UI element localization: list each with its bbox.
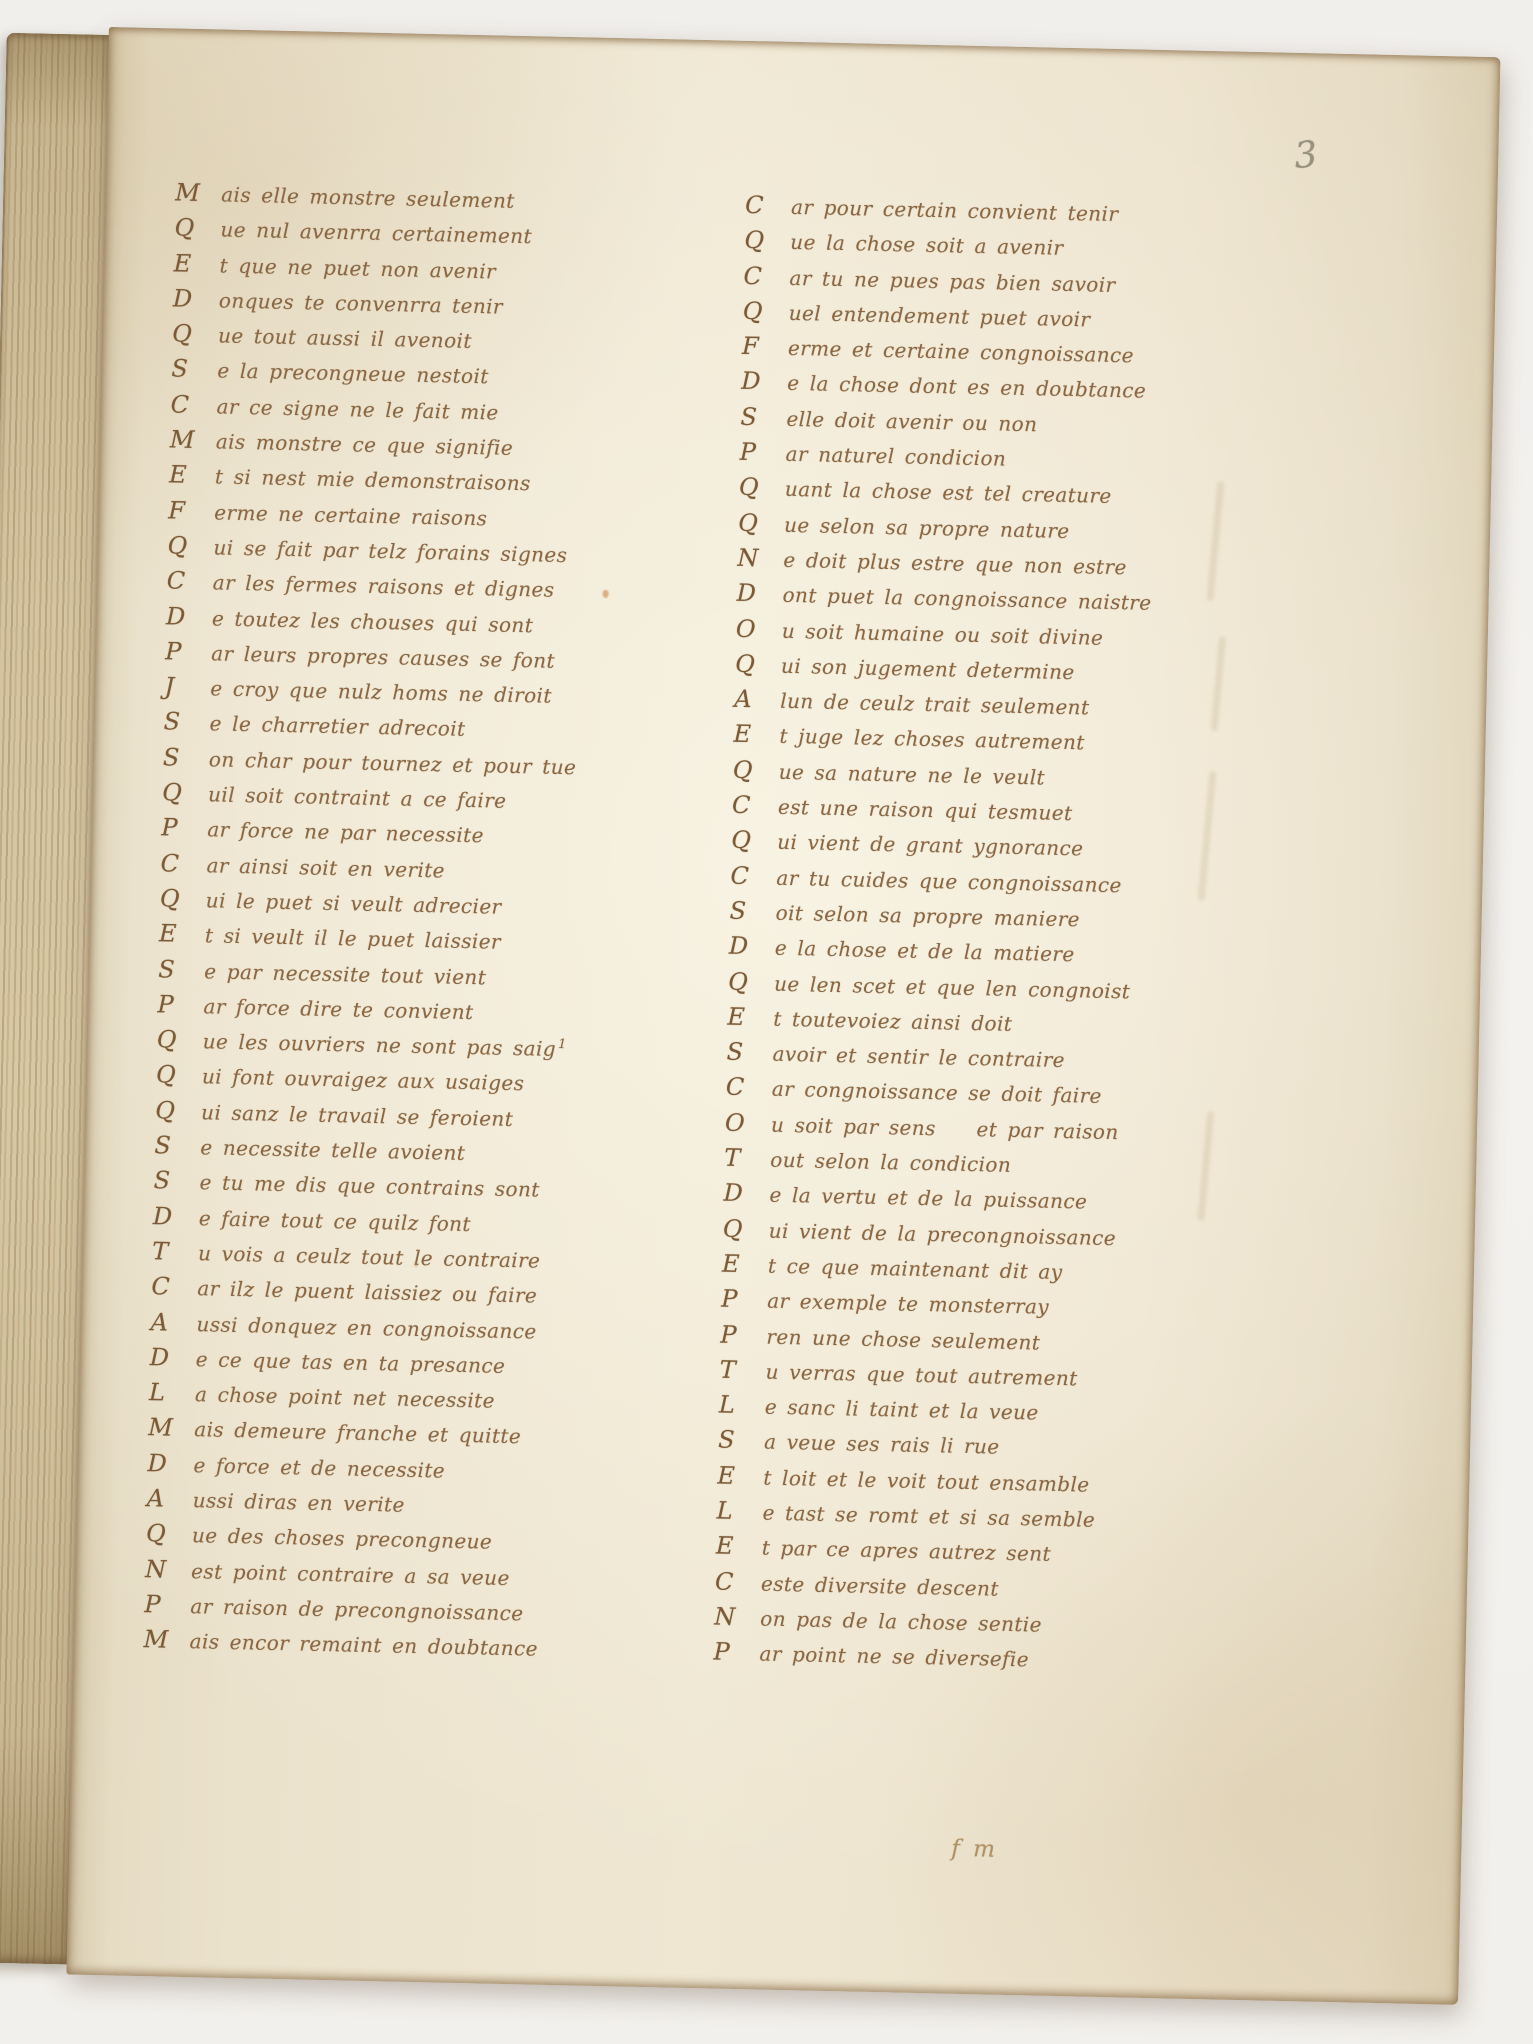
line-initial: Q xyxy=(735,650,766,679)
line-text: u verras que tout autrement xyxy=(765,1359,1077,1390)
line-text: e doit plus estre que non estre xyxy=(783,548,1127,579)
line-initial: P xyxy=(720,1320,751,1349)
line-initial: C xyxy=(715,1567,746,1596)
line-text: ar raison de precongnoissance xyxy=(190,1594,524,1625)
line-initial: Q xyxy=(733,755,764,784)
line-initial: Q xyxy=(156,1061,187,1090)
line-initial: C xyxy=(745,191,776,220)
book: 3 Mais elle monstre seulementQue nul ave… xyxy=(0,25,1503,2009)
line-initial: M xyxy=(170,425,201,454)
line-text: ui vient de la precongnoissance xyxy=(769,1218,1117,1250)
line-text: est point contraire a sa veue xyxy=(191,1559,510,1590)
line-text: ui le puet si veult adrecier xyxy=(206,888,502,918)
line-initial: D xyxy=(153,1202,184,1231)
line-text: ren une chose seulement xyxy=(766,1324,1040,1354)
line-initial: M xyxy=(148,1414,179,1443)
line-text: t loit et le voit tout ensamble xyxy=(763,1465,1090,1496)
line-initial: D xyxy=(729,932,760,961)
line-initial: Q xyxy=(174,214,205,243)
line-initial: Q xyxy=(156,1025,187,1054)
line-text: ui son jugement determine xyxy=(781,654,1075,684)
line-initial: S xyxy=(740,403,771,432)
line-text: t toutevoiez ainsi doit xyxy=(773,1006,1012,1035)
line-text: u soit par sens et par raison xyxy=(771,1112,1119,1144)
line-text: ont puet la congnoissance naistre xyxy=(782,583,1151,615)
line-initial: L xyxy=(716,1497,747,1526)
line-text: u vois a ceulz tout le contraire xyxy=(198,1241,541,1272)
line-text: ue len scet et que len congnoist xyxy=(774,971,1131,1003)
line-initial: Q xyxy=(160,884,191,913)
line-text: ue tout aussi il avenoit xyxy=(218,324,472,354)
line-text: ue la chose soit a avenir xyxy=(790,230,1064,260)
line-initial: A xyxy=(734,685,765,714)
line-initial: S xyxy=(163,743,194,772)
line-initial: D xyxy=(147,1449,178,1478)
line-text: t ce que maintenant dit ay xyxy=(768,1254,1063,1284)
line-initial: C xyxy=(732,791,763,820)
line-initial: O xyxy=(736,614,767,643)
line-initial: M xyxy=(175,178,206,207)
line-initial: P xyxy=(739,438,770,467)
line-initial: P xyxy=(165,637,196,666)
line-text: ue nul avenrra certainement xyxy=(220,218,532,249)
line-text: out selon la condicion xyxy=(770,1148,1011,1177)
line-text: uil soit contraint a ce faire xyxy=(208,782,507,813)
line-text: e croy que nulz homs ne diroit xyxy=(210,676,552,707)
line-initial: Q xyxy=(722,1214,753,1243)
line-initial: P xyxy=(721,1285,752,1314)
line-initial: P xyxy=(713,1638,744,1667)
line-text: ui font ouvraigez aux usaiges xyxy=(202,1065,525,1096)
line-initial: Q xyxy=(146,1519,177,1548)
correction-mark: 1 xyxy=(558,1037,567,1052)
line-initial: C xyxy=(170,390,201,419)
photo-backdrop: 3 Mais elle monstre seulementQue nul ave… xyxy=(0,0,1533,2044)
line-text: e necessite telle avoient xyxy=(200,1135,465,1165)
line-text: u soit humaine ou soit divine xyxy=(782,618,1104,649)
line-text: ui se fait par telz forains signes xyxy=(213,535,567,567)
line-initial: T xyxy=(719,1355,750,1384)
line-initial: E xyxy=(733,720,764,749)
line-initial: C xyxy=(151,1272,182,1301)
line-text: onques te convenrra tenir xyxy=(219,288,504,318)
line-initial: P xyxy=(161,814,192,843)
line-initial: E xyxy=(727,1002,758,1031)
line-initial: F xyxy=(168,496,199,525)
line-initial: D xyxy=(741,367,772,396)
line-text: est une raison qui tesmuet xyxy=(778,795,1073,825)
line-initial: L xyxy=(719,1391,750,1420)
line-text: elle doit avenir ou non xyxy=(786,407,1037,436)
line-text: este diversite descent xyxy=(761,1571,999,1600)
line-text: t que ne puet non avenir xyxy=(219,253,496,283)
line-initial: D xyxy=(723,1179,754,1208)
line-initial: S xyxy=(153,1166,184,1195)
line-text: ui vient de grant ygnorance xyxy=(777,830,1084,861)
line-text: ar ainsi soit en verite xyxy=(206,853,445,882)
line-text: e la chose et de la matiere xyxy=(775,936,1075,967)
line-text: avoir et sentir le contraire xyxy=(772,1042,1065,1072)
line-text: ar ilz le puent laissiez ou faire xyxy=(197,1276,537,1307)
line-initial: T xyxy=(152,1237,183,1266)
line-initial: C xyxy=(730,861,761,890)
line-initial: Q xyxy=(167,531,198,560)
line-initial: Q xyxy=(739,473,770,502)
line-text: e par necessite tout vient xyxy=(204,959,486,989)
folio-number: 3 xyxy=(1293,134,1319,177)
line-initial: S xyxy=(158,955,189,984)
line-text: ar tu cuides que congnoissance xyxy=(776,865,1122,897)
line-text: e faire tout ce quilz font xyxy=(199,1206,472,1236)
line-text: e ce que tas en ta presance xyxy=(196,1347,506,1378)
line-text: ais elle monstre seulement xyxy=(221,182,515,212)
line-initial: Q xyxy=(743,297,774,326)
line-text: t si veult il le puet laissier xyxy=(205,923,501,953)
line-initial: F xyxy=(742,332,773,361)
line-initial: J xyxy=(164,672,195,701)
line-initial: C xyxy=(166,567,197,596)
line-text: on char pour tournez et pour tue xyxy=(209,747,577,779)
line-initial: Q xyxy=(738,508,769,537)
line-initial: E xyxy=(716,1532,747,1561)
line-text: ar exemple te monsterray xyxy=(767,1289,1049,1319)
line-text: ar naturel condicion xyxy=(785,442,1006,471)
line-initial: Q xyxy=(155,1096,186,1125)
line-text: on pas de la chose sentie xyxy=(760,1606,1042,1636)
line-initial: A xyxy=(146,1484,177,1513)
line-initial: S xyxy=(154,1131,185,1160)
line-text: e tu me dis que contrains sont xyxy=(199,1170,540,1201)
line-initial: Q xyxy=(162,778,193,807)
line-initial: M xyxy=(143,1625,174,1654)
line-text: ar force ne par necessite xyxy=(207,818,484,848)
line-initial: S xyxy=(163,708,194,737)
line-text: a chose point net necessite xyxy=(195,1382,495,1413)
line-text: t juge lez choses autrement xyxy=(779,724,1085,755)
line-initial: E xyxy=(169,461,200,490)
line-text: ais demeure franche et quitte xyxy=(194,1418,521,1449)
line-initial: S xyxy=(726,1038,757,1067)
line-text: ue des choses precongneue xyxy=(192,1523,493,1554)
line-text: erme ne certaine raisons xyxy=(214,500,488,530)
line-text: e tast se romt et si sa semble xyxy=(762,1501,1095,1532)
line-initial: O xyxy=(725,1108,756,1137)
line-initial: S xyxy=(729,897,760,926)
line-text: lun de ceulz trait seulement xyxy=(780,689,1090,720)
line-initial: Q xyxy=(744,226,775,255)
line-text: ue sa nature ne le veult xyxy=(779,759,1046,789)
line-text: uant la chose est tel creature xyxy=(785,477,1112,508)
line-initial: Q xyxy=(731,826,762,855)
line-text: ais monstre ce que signifie xyxy=(216,429,514,459)
line-text: e force et de necessite xyxy=(193,1453,445,1482)
line-initial: S xyxy=(171,355,202,384)
line-initial: D xyxy=(736,579,767,608)
line-text: ar pour certain convient tenir xyxy=(791,195,1119,226)
line-initial: Q xyxy=(728,967,759,996)
line-text: ar force dire te convient xyxy=(203,994,473,1024)
line-initial: E xyxy=(173,249,204,278)
line-text: e toutez les chouses qui sont xyxy=(212,606,534,637)
line-initial: C xyxy=(726,1073,757,1102)
line-initial: C xyxy=(160,849,191,878)
line-initial: A xyxy=(150,1308,181,1337)
left-text-column: Mais elle monstre seulementQue nul avenr… xyxy=(143,178,735,1672)
line-initial: D xyxy=(173,284,204,313)
line-text: ar point ne se diversefie xyxy=(759,1642,1029,1672)
line-text: ar tu ne pues pas bien savoir xyxy=(789,265,1115,296)
line-text: erme et certaine congnoissance xyxy=(788,336,1134,368)
line-initial: P xyxy=(144,1590,175,1619)
line-text: ar leurs propres causes se font xyxy=(211,641,555,672)
line-initial: D xyxy=(166,602,197,631)
line-text: ar ce signe ne le fait mie xyxy=(216,394,499,424)
right-text-column: Car pour certain convient tenirQue la ch… xyxy=(713,191,1305,1685)
line-text: ue selon sa propre nature xyxy=(784,512,1070,542)
line-initial: D xyxy=(150,1343,181,1372)
line-initial: S xyxy=(718,1426,749,1455)
line-initial: N xyxy=(714,1602,745,1631)
line-text: e la vertu et de la puissance xyxy=(769,1183,1087,1214)
line-initial: E xyxy=(159,919,190,948)
line-text: ar congnoissance se doit faire xyxy=(772,1077,1102,1108)
line-initial: C xyxy=(743,261,774,290)
manuscript-page: 3 Mais elle monstre seulementQue nul ave… xyxy=(66,27,1500,2005)
line-text: uel entendement puet avoir xyxy=(789,301,1091,332)
line-initial: T xyxy=(724,1144,755,1173)
line-initial: N xyxy=(145,1555,176,1584)
quire-signature: f m xyxy=(951,1836,998,1863)
line-text: ussi diras en verite xyxy=(192,1488,404,1517)
line-text: e le charretier adrecoit xyxy=(209,712,465,742)
line-initial: N xyxy=(737,544,768,573)
line-text: e sanc li taint et la veue xyxy=(765,1395,1039,1425)
line-text: a veue ses rais li rue xyxy=(764,1430,1000,1459)
line-text: ui sanz le travail se feroient xyxy=(201,1100,513,1131)
line-text: t si nest mie demonstraisons xyxy=(215,465,531,496)
line-text: e la precongneue nestoit xyxy=(217,359,489,389)
line-text: t par ce apres autrez sent xyxy=(762,1536,1052,1566)
line-text: ue les ouvriers ne sont pas saig xyxy=(202,1029,556,1061)
line-text: ais encor remaint en doubtance xyxy=(189,1629,538,1661)
line-initial: P xyxy=(157,990,188,1019)
line-initial: Q xyxy=(172,320,203,349)
line-text: e la chose dont es en doubtance xyxy=(787,371,1146,403)
line-initial: E xyxy=(717,1461,748,1490)
line-initial: E xyxy=(722,1250,753,1279)
line-text: oit selon sa propre maniere xyxy=(775,901,1080,932)
line-text: ussi donquez en congnoissance xyxy=(196,1312,537,1343)
line-initial: L xyxy=(149,1378,180,1407)
line-text: ar les fermes raisons et dignes xyxy=(213,571,555,602)
